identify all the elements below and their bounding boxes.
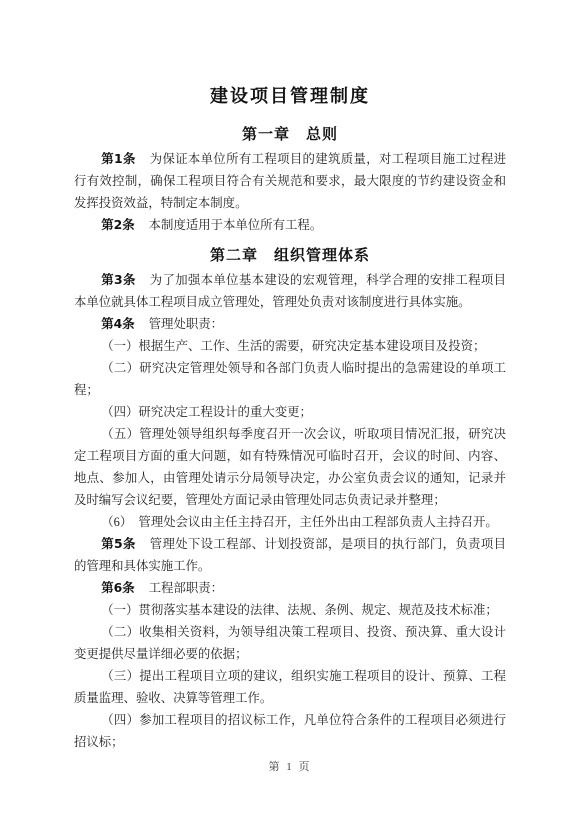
article-6: 第6条工程部职责： <box>74 577 506 599</box>
article-2-label: 第2条 <box>101 217 148 232</box>
article-2: 第2条本制度适用于本单位所有工程。 <box>74 214 506 236</box>
article-6-label: 第6条 <box>101 580 148 595</box>
document-title: 建设项目管理制度 <box>74 84 506 110</box>
article-4-item-5: （五）管理处领导组织每季度召开一次会议，听取项目情况汇报，研究决定工程项目方面的… <box>74 423 506 511</box>
article-6-item-4: （四）参加工程项目的招议标工作，凡单位符合条件的工程项目必须进行招议标； <box>74 709 506 753</box>
article-5-label: 第5条 <box>101 536 149 551</box>
document-page: 建设项目管理制度 第一章 总则 第1条为保证本单位所有工程项目的建筑质量，对工程… <box>0 0 580 820</box>
chapter-2-heading: 第二章 组织管理体系 <box>74 245 506 266</box>
article-4-item-2: （二）研究决定管理处领导和各部门负责人临时提出的急需建设的单项工程； <box>74 357 506 401</box>
article-6-text: 工程部职责： <box>149 581 223 595</box>
article-6-item-1: （一）贯彻落实基本建设的法律、法规、条例、规定、规范及技术标准； <box>74 599 506 621</box>
article-5: 第5条管理处下设工程部、计划投资部，是项目的执行部门，负责项目的管理和具体实施工… <box>74 533 506 577</box>
article-1: 第1条为保证本单位所有工程项目的建筑质量，对工程项目施工过程进行有效控制，确保工… <box>74 148 506 214</box>
article-4-item-6: （6） 管理处会议由主任主持召开，主任外出由工程部负责人主持召开。 <box>74 511 506 533</box>
article-1-label: 第1条 <box>101 151 149 166</box>
article-6-item-2: （二）收集相关资料，为领导组决策工程项目、投资、预决算、重大设计变更提供尽量详细… <box>74 621 506 665</box>
article-4-text: 管理处职责： <box>149 317 223 331</box>
article-4-label: 第4条 <box>101 316 148 331</box>
article-4-item-1: （一）根据生产、工作、生活的需要，研究决定基本建设项目及投资； <box>74 335 506 357</box>
article-3: 第3条为了加强本单位基本建设的宏观管理，科学合理的安排工程项目本单位就具体工程项… <box>74 269 506 313</box>
chapter-1-heading: 第一章 总则 <box>74 124 506 145</box>
article-3-label: 第3条 <box>101 272 149 287</box>
article-6-item-3: （三）提出工程项目立项的建议，组织实施工程项目的设计、预算、工程质量监理、验收、… <box>74 665 506 709</box>
article-4-item-4: （四）研究决定工程设计的重大变更； <box>74 401 506 423</box>
article-4: 第4条管理处职责： <box>74 313 506 335</box>
page-number: 第 1 页 <box>0 758 580 774</box>
article-2-text: 本制度适用于本单位所有工程。 <box>149 218 322 232</box>
